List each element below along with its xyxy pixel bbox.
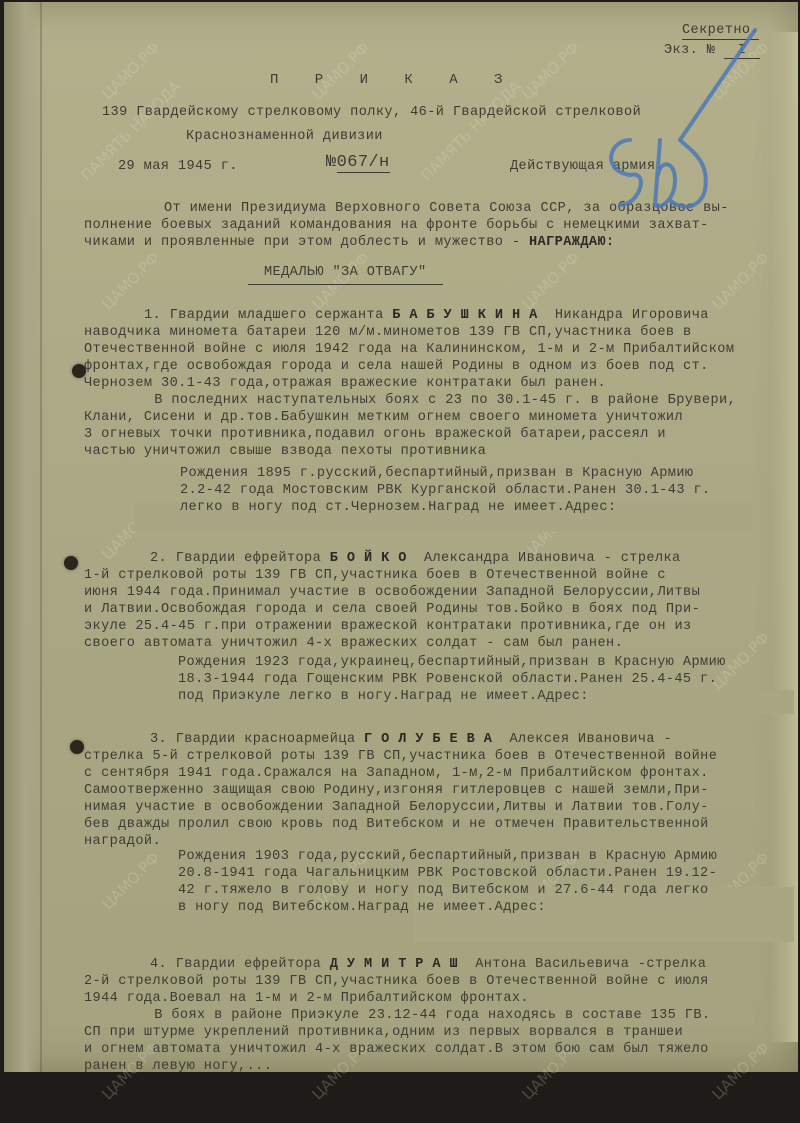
- entry-line: В боях в районе Приэкуле 23.12-44 года н…: [120, 1007, 710, 1024]
- entry-surname: Д У М И Т Р А Ш: [330, 957, 458, 972]
- watermark: ЦАМО.РФ: [98, 849, 163, 914]
- entry-name: Алексея Ивановича -: [509, 732, 672, 747]
- paper-fold: [4, 2, 40, 1072]
- addressee-line-1: 139 Гвардейскому стрелковому полку, 46-й…: [102, 104, 641, 121]
- entry-rank: Гвардии младшего сержанта: [170, 308, 384, 323]
- entry-rank: Гвардии красноармейца: [176, 732, 356, 747]
- entry-bio: в ногу под Витебском.Наград не имеет.Адр…: [178, 899, 546, 916]
- entry-name: Александра Ивановича - стрелка: [424, 551, 681, 566]
- entry-3-header: 3. Гвардии красноармейца Г О Л У Б Е В А…: [150, 731, 672, 748]
- entry-bio: 2.2-42 года Мостовским РВК Курганской об…: [180, 482, 711, 499]
- entry-line: и Латвии.Освобождая города и села своей …: [84, 601, 700, 618]
- entry-line: июня 1944 года.Принимал участие в освобо…: [84, 584, 700, 601]
- entry-bio: под Приэкуле легко в ногу.Наград не имее…: [178, 688, 589, 705]
- medal-heading: МЕДАЛЬЮ "ЗА ОТВАГУ": [248, 264, 443, 285]
- entry-line: фронтах,где освобождая города и села наш…: [84, 358, 709, 375]
- watermark: ЦАМО.РФ: [708, 249, 773, 314]
- preamble-line: чиками и проявленные при этом доблесть и…: [84, 234, 615, 251]
- entry-line: экуле 25.4-45 г.при отражении вражеской …: [84, 618, 692, 635]
- entry-number: 2.: [150, 551, 167, 566]
- preamble-text: чиками и проявленные при этом доблесть и…: [84, 235, 520, 250]
- entry-surname: Г О Л У Б Е В А: [364, 732, 492, 747]
- watermark: ЦАМО.РФ: [518, 39, 583, 104]
- entry-bio: Рождения 1903 года,русский,беспартийный,…: [178, 848, 717, 865]
- entry-bio: 42 г.тяжело в голову и ногу под Витебско…: [178, 882, 709, 899]
- entry-line: наводчика миномета батареи 120 м/м.мином…: [84, 324, 692, 341]
- handwritten-number-265: [600, 20, 780, 220]
- order-number: №067/н: [326, 154, 390, 171]
- watermark: ЦАМО.РФ: [98, 39, 163, 104]
- entry-line: нимая участие в освобождении Западной Бе…: [84, 799, 709, 816]
- entry-number: 3.: [150, 732, 167, 747]
- entry-bio: Рождения 1895 г.русский,беспартийный,при…: [180, 465, 693, 482]
- order-number-value: 067/н: [337, 153, 390, 173]
- entry-bio: 20.8-1941 года Чагальницким РВК Ростовск…: [178, 865, 717, 882]
- entry-line: Клани, Сисени и др.тов.Бабушкин метким о…: [84, 409, 683, 426]
- entry-number: 1.: [144, 308, 161, 323]
- entry-surname: Б О Й К О: [330, 551, 407, 566]
- entry-line: 3 огневых точки противника,подавил огонь…: [84, 426, 666, 443]
- entry-line: 2-й стрелковой роты 139 ГВ СП,участника …: [84, 973, 709, 990]
- entry-surname: Б А Б У Ш К И Н А: [392, 308, 537, 323]
- redacted-address: [624, 690, 794, 714]
- watermark: ЦАМО.РФ: [708, 1039, 773, 1104]
- watermark: ЦАМО.РФ: [518, 249, 583, 314]
- entry-rank: Гвардии ефрейтора: [176, 551, 321, 566]
- entry-line: своего автомата уничтожил 4-х вражеских …: [84, 635, 623, 652]
- order-date: 29 мая 1945 г.: [118, 158, 238, 175]
- entry-rank: Гвардии ефрейтора: [176, 957, 321, 972]
- entry-name: Никандра Игоровича: [555, 308, 709, 323]
- award-word: НАГРАЖДАЮ:: [529, 235, 615, 250]
- entry-line: стрелка 5-й стрелковой роты 139 ГВ СП,уч…: [84, 748, 717, 765]
- entry-line: СП при штурме укреплений противника,одни…: [84, 1024, 683, 1041]
- watermark: ЦАМО.РФ: [308, 39, 373, 104]
- punch-hole: [70, 740, 84, 754]
- entry-bio: 18.3-1944 года Гощенским РВК Ровенской о…: [178, 671, 717, 688]
- entry-bio: Рождения 1923 года,украинец,беспартийный…: [178, 654, 726, 671]
- entry-bio: легко в ногу под ст.Чернозем.Наград не и…: [180, 499, 616, 516]
- punch-hole: [64, 556, 78, 570]
- entry-4-header: 4. Гвардии ефрейтора Д У М И Т Р А Ш Ант…: [150, 956, 706, 973]
- entry-line: Отечественной войне с июля 1942 года на …: [84, 341, 734, 358]
- entry-name: Антона Васильевича -стрелка: [475, 957, 706, 972]
- number-sign: №: [326, 153, 337, 172]
- entry-number: 4.: [150, 957, 167, 972]
- entry-2-header: 2. Гвардии ефрейтора Б О Й К О Александр…: [150, 550, 681, 567]
- entry-line: 1944 года.Воевал на 1-м и 2-м Прибалтийс…: [84, 990, 529, 1007]
- entry-line: частью уничтожил свыше взвода пехоты про…: [84, 443, 486, 460]
- entry-line: и огнем автомата уничтожил 4-х вражеских…: [84, 1041, 709, 1058]
- watermark: ПАМЯТЬ НАРОДА: [417, 77, 524, 184]
- document-title: П Р И К А З: [270, 72, 516, 89]
- entry-line: В последних наступательных боях с 23 по …: [120, 392, 736, 409]
- fold-crease: [40, 2, 42, 1072]
- entry-line: бев дважды пролил свою кровь под Витебск…: [84, 816, 709, 833]
- addressee-line-2: Краснознаменной дивизии: [186, 128, 383, 145]
- entry-1-header: 1. Гвардии младшего сержанта Б А Б У Ш К…: [144, 307, 709, 324]
- watermark: ЦАМО.РФ: [98, 249, 163, 314]
- entry-line: наградой.: [84, 833, 161, 850]
- entry-line: Чернозем 30.1-43 года,отражая вражеские …: [84, 375, 606, 392]
- entry-line: ранен в левую ногу,...: [84, 1058, 272, 1075]
- entry-line: с сентября 1941 года.Сражался на Западно…: [84, 765, 709, 782]
- entry-line: Самоотверженно защищая свою Родину,изгон…: [84, 782, 709, 799]
- entry-line: 1-й стрелковой роты 139 ГВ СП,участника …: [84, 567, 666, 584]
